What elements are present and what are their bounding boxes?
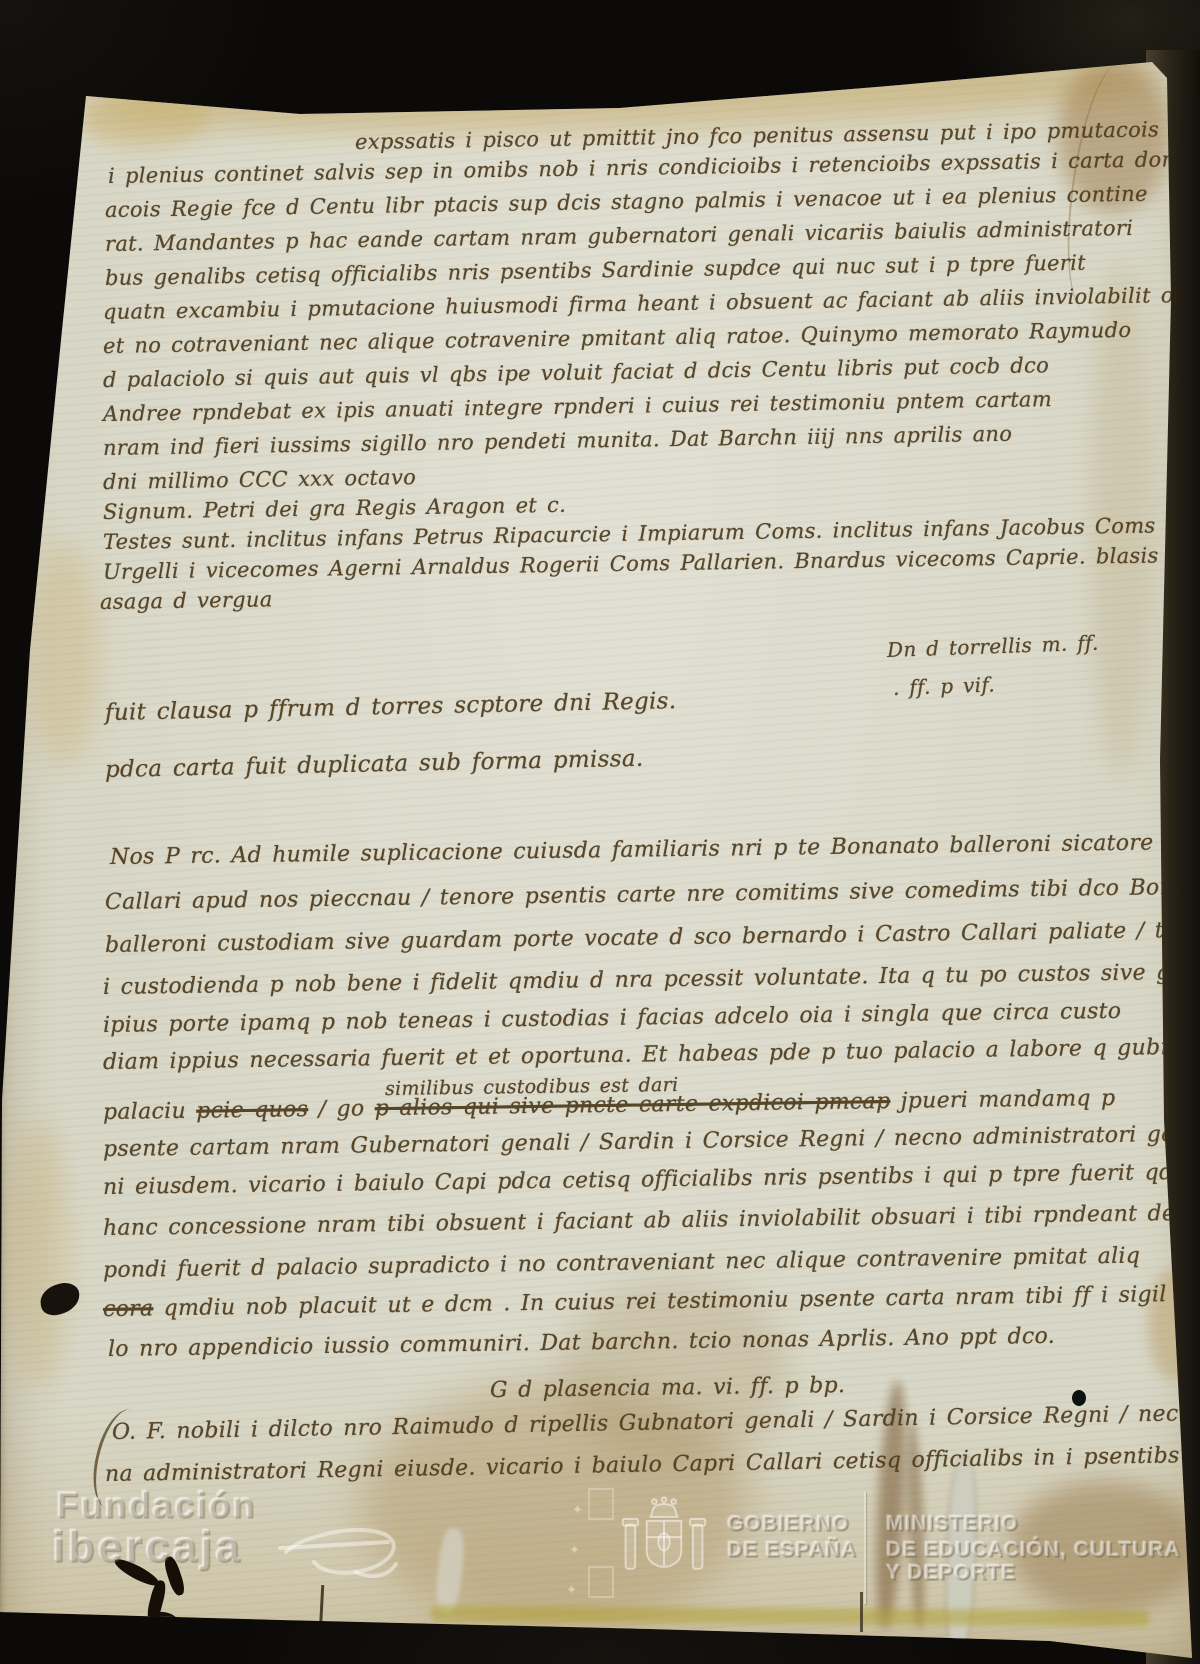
manuscript-line-charter-1-2: i plenius continet salvis sep in omibs n… bbox=[108, 147, 1189, 188]
manuscript-line-charter-2-1: Nos P rc. Ad humile suplicacione cuiusda… bbox=[110, 829, 1200, 870]
manuscript-line-charter-2-10: ni eiusdem. vicario i baiulo Capi pdca c… bbox=[103, 1160, 1174, 1200]
government-watermark-agency-line1: GOBIERNO bbox=[727, 1512, 849, 1536]
manuscript-line-charter-1-5: bus genalibs cetisq officialibs nris pse… bbox=[105, 251, 1086, 290]
manuscript-line-charter-1-4: rat. Mandantes p hac eande cartam nram g… bbox=[105, 216, 1134, 256]
manuscript-line-charter-2-9: psente cartam nram Gubernatori genali / … bbox=[103, 1121, 1200, 1162]
manuscript-photo: expssatis i pisco ut pmittit jno fco pen… bbox=[0, 0, 1200, 1664]
government-watermark-ministry-line3: Y DEPORTE bbox=[886, 1561, 1016, 1585]
government-watermark-star-3: ✦ bbox=[566, 1583, 577, 1598]
manuscript-line-marginal-notes-2: . ff. p vif. bbox=[893, 670, 1064, 700]
manuscript-line-charter-1-8: d palaciolo si quis aut quis vl qbs ipe … bbox=[103, 353, 1049, 392]
manuscript-line-charter-1-10: nram ind fieri iussims sigillo nro pende… bbox=[103, 422, 1013, 460]
ibercaja-logo-icon bbox=[278, 1516, 404, 1596]
government-watermark-divider bbox=[864, 1492, 866, 1604]
government-watermark-star-1: ✦ bbox=[572, 1503, 583, 1518]
parchment-page: expssatis i pisco ut pmittit jno fco pen… bbox=[0, 0, 1200, 1664]
manuscript-text-layer: expssatis i pisco ut pmittit jno fco pen… bbox=[0, 0, 1200, 1664]
manuscript-line-marginal-notes-1: Dn d torrellis m. ff. bbox=[887, 629, 1138, 662]
manuscript-line-closing-notes-2: pdca carta fuit duplicata sub forma pmis… bbox=[105, 745, 665, 783]
manuscript-line-charter-1-6: quatn excambiu i pmutacione huiusmodi fi… bbox=[103, 282, 1200, 324]
spain-coat-of-arms-icon bbox=[616, 1492, 712, 1588]
manuscript-line-charter-2-6: diam ippius necessaria fuerit et et opor… bbox=[103, 1033, 1200, 1075]
manuscript-line-charter-2-13: cora qmdiu nob placuit ut e dcm . In cui… bbox=[103, 1282, 1167, 1322]
manuscript-line-charter-3-1: O. F. nobili i dilcto nro Raimudo d ripe… bbox=[112, 1400, 1200, 1445]
manuscript-line-charter-2-14: lo nro appendicio iussio communiri. Dat … bbox=[108, 1324, 1055, 1362]
manuscript-line-charter-1-3: acois Regie fce d Centu libr ptacis sup … bbox=[105, 182, 1148, 222]
manuscript-line-charter-1-7: et no cotraveniant nec alique cotravenir… bbox=[103, 318, 1132, 358]
manuscript-line-charter-1-15: asaga d vergua bbox=[100, 585, 420, 614]
government-watermark-star-2: ✦ bbox=[569, 1543, 580, 1558]
manuscript-line-charter-1-9: Andree rpndebat ex ipis anuati integre r… bbox=[103, 387, 1052, 426]
government-watermark-frame-corner-bottom bbox=[588, 1566, 614, 1598]
manuscript-line-closing-notes-1: fuit clausa p ffrum d torres scptore dni… bbox=[105, 687, 725, 726]
manuscript-line-charter-2-3: balleroni custodiam sive guardam porte v… bbox=[105, 917, 1200, 958]
government-watermark-agency-line2: DE ESPAÑA bbox=[727, 1538, 857, 1562]
manuscript-line-charter-1-11: dni millimo CCC xxx octavo bbox=[103, 465, 443, 494]
manuscript-line-charter-2-15: G d plasencia ma. vi. ff. p bp. bbox=[490, 1373, 860, 1403]
manuscript-line-charter-2-4: i custodienda p nob bene i fidelit qmdiu… bbox=[103, 959, 1200, 1000]
manuscript-line-charter-2-2: Callari apud nos pieccnau / tenore psent… bbox=[105, 874, 1200, 915]
manuscript-line-charter-1-12: Signum. Petri dei gra Regis Aragon et c. bbox=[103, 493, 566, 524]
government-watermark-ministry-line1: MINISTERIO bbox=[886, 1512, 1019, 1536]
government-watermark-ministry-line2: DE EDUCACIÓN, CULTURA bbox=[886, 1538, 1181, 1562]
manuscript-line-charter-2-11: hanc concessione nram tibi obsuent i fac… bbox=[103, 1201, 1200, 1241]
ibercaja-watermark-line1: Fundación bbox=[56, 1484, 256, 1526]
manuscript-line-charter-2-12: pondi fuerit d palacio supradicto i no c… bbox=[103, 1244, 1141, 1283]
hole-punch-mark-top bbox=[211, 56, 222, 66]
government-watermark-frame-corner-top bbox=[588, 1488, 614, 1520]
ibercaja-watermark-line2: ibercaja bbox=[52, 1522, 242, 1572]
manuscript-line-charter-3-2: na administratori Regni eiusde. vicario … bbox=[105, 1442, 1200, 1487]
manuscript-line-charter-2-5: ipius porte ipamq p nob teneas i custodi… bbox=[103, 999, 1122, 1038]
